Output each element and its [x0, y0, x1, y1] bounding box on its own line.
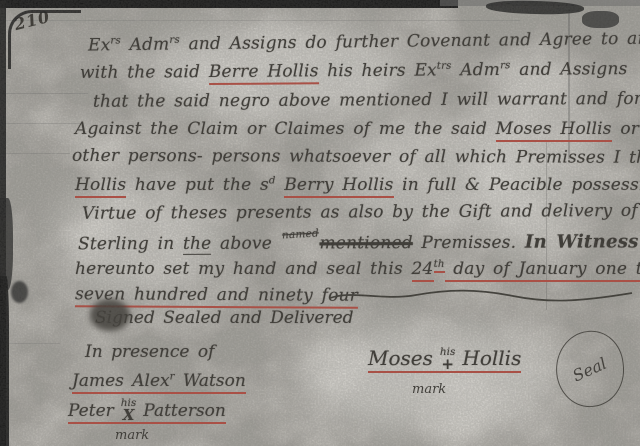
witness-signature-watson: James Alexr Watson	[72, 371, 246, 391]
text-segment: his heirs Ex	[319, 60, 437, 81]
seal-label: Seal	[570, 353, 610, 385]
signer-signature-moses: Moseshis+Hollis	[368, 346, 521, 371]
attestation-text: Signed Sealed and Delivered	[95, 308, 354, 328]
text-segment: named	[281, 227, 319, 241]
scan-top-edge	[0, 0, 458, 8]
mark-word: mark	[412, 382, 446, 397]
document-line: with the said Berre Hollis his heirs Ext…	[80, 59, 628, 83]
text-segment: Adm	[121, 34, 170, 55]
text-segment: have put the s	[126, 175, 269, 195]
text-segment: or any	[612, 119, 640, 139]
seal-stamp: Seal	[552, 328, 628, 411]
witness1-last: Watson	[175, 371, 246, 391]
text-segment: In Witness	[525, 231, 639, 252]
text-segment	[276, 175, 285, 195]
witness-signature-patterson: PeterhisXPatterson	[68, 399, 226, 422]
text-segment: trs	[437, 61, 452, 72]
attestation-line: Signed Sealed and Delivered	[95, 308, 354, 328]
flourish-line	[328, 287, 634, 303]
witness2-first: Peter	[68, 401, 114, 421]
text-segment: Premisses.	[413, 233, 525, 253]
document-line: hereunto set my hand and seal this 24th …	[75, 259, 640, 279]
witness1-first: James Alex	[72, 371, 170, 391]
mark-cross: +	[441, 357, 454, 371]
text-segment: and Assigns do further Covenant and Agre…	[180, 29, 640, 55]
text-segment: Against the Claim or Claimes of me the s…	[75, 119, 496, 139]
faint-ruled-line	[0, 93, 88, 94]
witness1-name: James Alexr Watson	[72, 371, 246, 394]
text-segment: rs	[110, 35, 121, 46]
text-segment: Ex	[88, 35, 111, 55]
text-segment: rs	[169, 35, 180, 46]
text-segment: th	[434, 259, 445, 273]
scan-left-edge-lower	[0, 276, 9, 446]
document-scan-image: 210 Exrs Admrs and Assigns do further Co…	[0, 0, 640, 446]
paper-light-patch	[295, 325, 565, 430]
text-segment: Berry Hollis	[284, 175, 393, 198]
document-line: Hollis have put the sd Berry Hollis in f…	[75, 175, 640, 195]
document-line: Exrs Admrs and Assigns do further Covena…	[88, 29, 640, 56]
text-segment: rs	[500, 60, 511, 71]
his-mark-stack: hisX	[121, 399, 137, 422]
text-segment: Sterling in	[78, 234, 183, 254]
text-segment: Adm	[452, 60, 501, 80]
text-segment: 24	[412, 259, 434, 282]
text-segment: Virtue of theses presents as also by the…	[82, 200, 640, 223]
text-segment: in full & Peacible possession by	[394, 175, 640, 195]
text-segment: Berre Hollis	[209, 61, 319, 85]
top-right-ink-dash	[582, 11, 619, 28]
text-segment: other persons- persons whatsoever of all…	[72, 146, 640, 168]
faint-ruled-line	[0, 343, 60, 344]
document-line: other persons- persons whatsoever of all…	[72, 146, 640, 168]
ink-blot	[90, 299, 130, 331]
mark-x: X	[123, 408, 135, 422]
text-segment: d	[269, 175, 276, 186]
signer-last: Hollis	[462, 346, 521, 370]
text-segment: with the said	[80, 62, 209, 83]
witness2-last: Patterson	[143, 401, 226, 421]
text-segment: and Assigns	[511, 59, 628, 80]
page-corner-line	[8, 10, 81, 69]
presence-line: In presence of	[85, 342, 214, 362]
faint-ruled-line	[0, 123, 80, 124]
text-segment: mentioned	[319, 233, 412, 253]
document-line: Virtue of theses presents as also by the…	[82, 200, 640, 223]
text-segment: day of January one thousand	[445, 259, 640, 282]
text-segment: above	[211, 234, 280, 254]
witness2-name: PeterhisXPatterson	[68, 401, 226, 424]
his-mark-stack: his+	[440, 348, 456, 371]
text-segment: hereunto set my hand and seal this	[75, 259, 412, 279]
signer-name: Moseshis+Hollis	[368, 346, 521, 373]
document-line: Sterling in the above namedmentioned Pre…	[78, 231, 640, 254]
text-segment: that the said negro above mentioned I wi…	[93, 88, 640, 111]
faint-ruled-line	[0, 153, 70, 154]
signer-first: Moses	[368, 346, 433, 370]
text-segment: Moses Hollis	[496, 119, 612, 142]
text-segment: the	[183, 234, 212, 255]
document-line: that the said negro above mentioned I wi…	[93, 88, 640, 111]
presence-text: In presence of	[85, 342, 214, 362]
left-edge-blotch	[11, 281, 28, 303]
text-segment: Hollis	[75, 175, 126, 198]
document-line: Against the Claim or Claimes of me the s…	[75, 119, 640, 139]
mark-word: mark	[115, 428, 149, 443]
